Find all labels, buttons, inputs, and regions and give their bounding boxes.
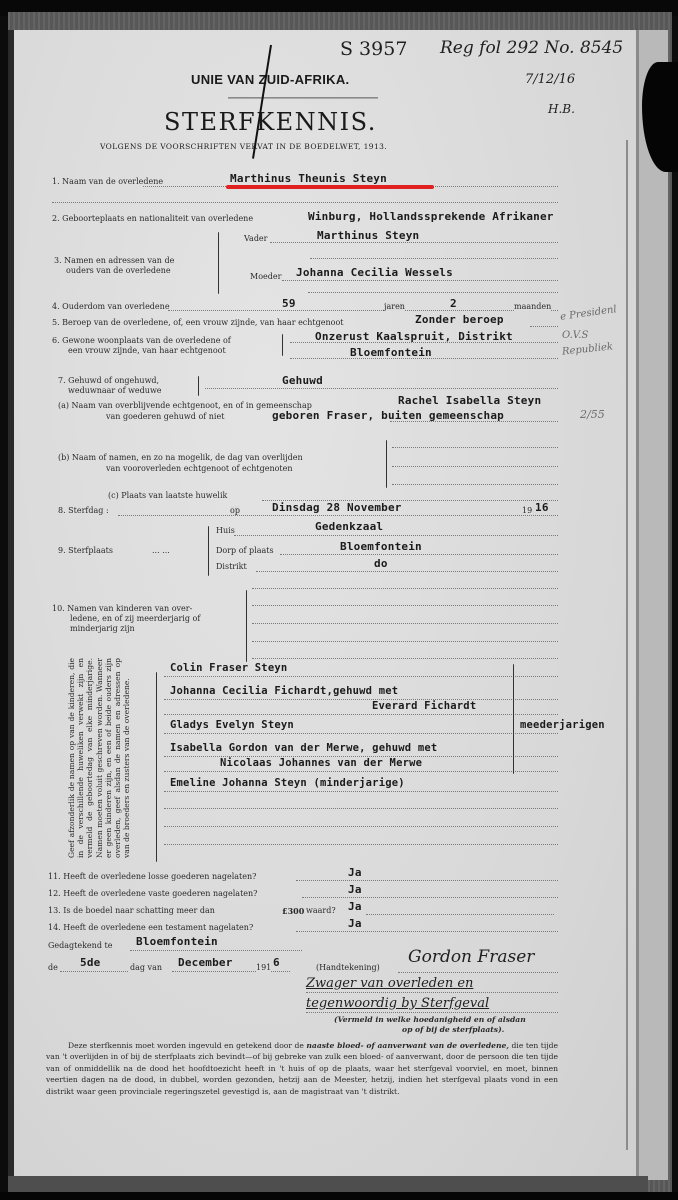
dotted-line [280,554,558,555]
bracket [386,440,387,488]
dotted-line [52,202,558,203]
marital-status: Gehuwd [282,374,323,387]
child-name: Isabella Gordon van der Merwe, gehuwd me… [170,742,437,754]
mother-name: Johanna Cecilia Wessels [296,266,453,279]
signed-day: 5de [80,956,100,969]
field-10-label-2: ledene, en of zij meerderjarig of [70,614,200,623]
estate-over-300: Ja [348,900,362,913]
field-2-label: 2. Geboorteplaats en nationaliteit van o… [52,214,253,223]
de-label: de [48,963,58,972]
document-subtitle: VOLGENS DE VOORSCHRIFTEN VERVAT IN DE BO… [100,142,387,151]
field-11-label: 11. Heeft de overledene losse goederen n… [48,872,256,881]
field-1-label: 1. Naam van de overledene [52,177,163,186]
dotted-line [252,623,558,624]
pencil-annotation-2-55: 2/55 [580,408,605,421]
dotted-line [392,484,558,485]
field-10-label-3: minderjarig zijn [70,624,135,633]
year-prefix: 19 [522,506,532,515]
estate-threshold: £300 [282,906,304,916]
field-3-label-2: ouders van de overledene [66,266,171,275]
instructions-footer: Deze sterfkennis moet worden ingevuld en… [46,1040,558,1097]
signer-capacity-line-1: Zwager van overleden en [306,976,473,991]
dotted-line [256,571,558,572]
capacity-note-1: (Vermeld in welke hoedanigheid en of als… [334,1015,526,1024]
day-of-label: dag van [130,963,162,972]
dotted-line [252,658,558,659]
movable-property: Ja [348,866,362,879]
occupation: Zonder beroep [415,313,504,326]
child-name: Everard Fichardt [372,700,476,712]
bracket [282,334,283,356]
year-of-death: 16 [535,501,549,514]
op-label: op [230,506,240,515]
dotted-line [205,388,558,389]
field-7-label-2: weduwnaar of weduwe [68,386,162,395]
field-13-label: 13. Is de boedel naar schatting meer dan [48,906,215,915]
dotted-line [118,515,558,516]
field-5-label: 5. Beroep van de overledene, of, een vro… [52,318,344,327]
dotted-line [310,258,558,259]
field-7c-label: (c) Plaats van laatste huwelik [108,491,227,500]
child-name: Gladys Evelyn Steyn [170,719,294,731]
dotted-line [296,880,558,881]
bracket [156,672,157,862]
dotted-line [172,971,290,972]
child-name: Emeline Johanna Steyn (minderjarige) [170,777,405,789]
dotted-line [164,808,558,809]
age-years: 59 [282,297,296,310]
field-14-label: 14. Heeft de overledene een testament na… [48,923,253,932]
dotted-line [252,588,558,589]
dotted-line [164,826,558,827]
dotted-line [164,844,558,845]
pencil-annotation-ovs: O.V.S [562,330,588,341]
field-7a-label-2: van goederen gehuwd of niet [106,412,224,421]
field-13-label-post: waard? [306,906,336,915]
dotted-line [290,342,558,343]
dotted-line [164,771,558,772]
field-12-label: 12. Heeft de overledene vaste goederen n… [48,889,257,898]
dotted-line [270,242,558,243]
age-months: 2 [450,297,457,310]
field-4-label: 4. Ouderdom van overledene [52,302,170,311]
page-fold-right [636,30,668,1180]
dotted-line [168,310,558,311]
mother-label: Moeder [250,272,281,281]
dotted-line [398,972,558,973]
bracket [513,664,514,774]
dotted-line [308,292,558,293]
country-heading: UNIE VAN ZUID-AFRIKA. [191,72,349,87]
registration-date: 7/12/16 [525,72,575,87]
signed-year-prefix: 191 [256,963,271,972]
signature: Gordon Fraser [408,947,534,967]
dotted-line [282,280,558,281]
archive-reference: S 3957 [340,38,407,60]
field-9-ellipsis: ... ... [152,546,170,555]
signed-at-label: Gedagtekend te [48,941,112,950]
months-label: maanden [514,302,551,311]
father-name: Marthinus Steyn [317,229,419,242]
town: Bloemfontein [340,540,422,553]
field-9-label: 9. Sterfplaats [58,546,113,555]
field-10-label-1: 10. Namen van kinderen van over- [52,604,192,613]
dotted-line [306,992,558,993]
dotted-line [164,676,558,677]
dotted-line [252,605,558,606]
margin-line [626,140,628,1150]
signed-year: 6 [273,956,280,969]
dotted-line [302,897,558,898]
dotted-line [366,914,554,915]
birthplace-nationality: Winburg, Hollandssprekende Afrikaner [308,210,554,223]
dotted-line [530,326,558,327]
dotted-line [252,641,558,642]
dotted-line [390,421,558,422]
field-7-label-1: 7. Gehuwd of ongehuwd, [58,376,159,385]
field-8-label: 8. Sterfdag : [58,506,109,515]
bracket [218,232,219,294]
house: Gedenkzaal [315,520,383,533]
children-majority-status: meederjarigen [520,719,605,731]
header-rule [228,97,378,99]
dotted-line [60,971,128,972]
bracket [208,526,209,576]
dotted-line [290,358,558,359]
signed-month: December [178,956,233,969]
child-name: Nicolaas Johannes van der Merwe [220,757,422,769]
red-underline-highlight [226,185,434,189]
dotted-line [392,447,558,448]
field-7b-label-1: (b) Naam of namen, en zo na mogelik, de … [58,453,303,462]
dotted-line [296,931,558,932]
field-6-label-1: 6. Gewone woonplaats van de overledene o… [52,336,231,345]
dotted-line [130,950,302,951]
field-7b-label-2: van vooroverleden echtgenoot of echtgeno… [106,464,293,473]
child-name: Johanna Cecilia Fichardt,gehuwd met [170,685,398,697]
dorp-label: Dorp of plaats [216,546,274,555]
document-title: STERFKENNIS. [164,108,377,136]
field-3-label-1: 3. Namen en adressen van de [54,256,174,265]
signed-at-place: Bloemfontein [136,935,218,948]
distrikt-label: Distrikt [216,562,247,571]
child-name: Colin Fraser Steyn [170,662,287,674]
capacity-note-2: op of bij de sterfplaats). [402,1025,504,1034]
dotted-line [164,791,558,792]
register-reference: Reg fol 292 No. 8545 [440,38,623,58]
children-instruction: Geef afzonderlik de namen op van de kind… [40,655,158,860]
handtekening-label: (Handtekening) [316,963,380,972]
dotted-line [164,733,558,734]
dotted-line [306,1012,558,1013]
dotted-line [234,535,558,536]
district: do [374,557,388,570]
deceased-name: Marthinus Theunis Steyn [230,172,387,185]
immovable-property: Ja [348,883,362,896]
bracket [198,376,199,396]
dotted-line [164,714,558,715]
dotted-line [392,466,558,467]
surviving-spouse-line-1: Rachel Isabella Steyn [398,394,541,407]
testament-left: Ja [348,917,362,930]
bracket [246,590,247,662]
scan-border-bottom [0,1192,678,1200]
dotted-line [164,699,558,700]
years-label: jaren [384,302,405,311]
huis-label: Huis [216,526,235,535]
date-of-death: Dinsdag 28 November [272,501,402,514]
father-label: Vader [244,234,268,243]
signer-capacity-line-2: tegenwoordig by Sterfgeval [306,996,489,1011]
field-6-label-2: een vrouw zijnde, van haar echtgenoot [68,346,226,355]
registrar-initials: H.B. [548,102,575,116]
